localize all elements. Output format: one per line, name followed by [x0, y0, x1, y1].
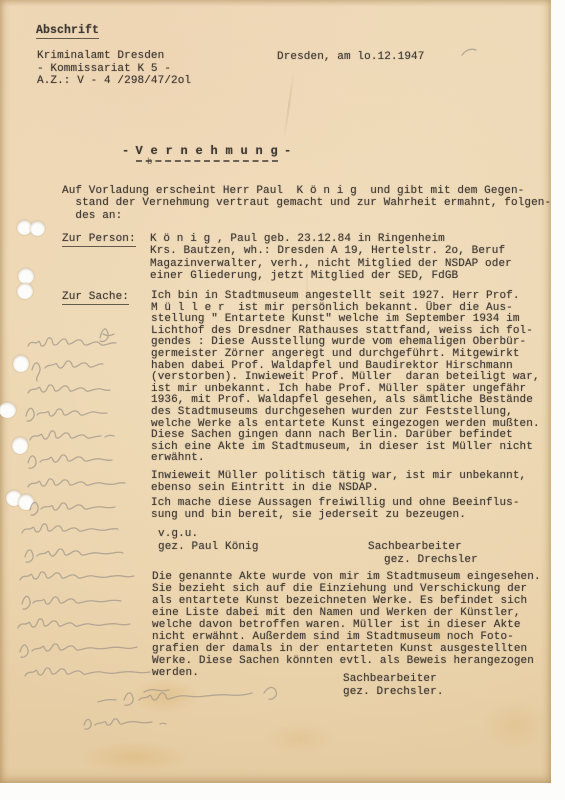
paper-stain — [250, 715, 350, 761]
punch-hole — [18, 494, 34, 510]
clerk-signature: gez. Drechsler. — [343, 686, 444, 699]
agency-block: Kriminalamt Dresden - Kommissariat K 5 -… — [37, 50, 191, 88]
dateline: Dresden, am lo.12.1947 — [277, 51, 424, 63]
zur-person-body: K ö n i g , Paul geb. 23.12.84 in Ringen… — [150, 233, 512, 283]
paper-sheet: Abschrift Kriminalamt Dresden - Kommissa… — [0, 0, 551, 783]
punch-hole — [0, 402, 16, 418]
clerk-title: Sachbearbeiter — [368, 541, 478, 554]
title-text: V e r n e h m u n g — [136, 144, 279, 162]
paper-stain — [60, 735, 210, 779]
zur-person-label: Zur Person: — [62, 233, 136, 245]
clerk-block-2: Sachbearbeiter gez. Drechsler. — [343, 673, 444, 698]
punch-hole — [13, 355, 29, 372]
title-dash-right: - — [284, 144, 292, 158]
zur-sache-label-text: Zur Sache: — [62, 291, 129, 305]
punch-hole — [12, 437, 28, 454]
copy-label-text: Abschrift — [36, 24, 99, 39]
paper-crease — [283, 70, 295, 140]
vgu-label: v.g.u. — [158, 528, 198, 540]
punch-hole — [30, 221, 45, 236]
paper-stain — [470, 690, 560, 760]
copy-label: Abschrift — [36, 24, 99, 37]
paper-stain — [120, 672, 210, 720]
zur-sache-paragraph-3: Ich mache diese Aussagen freiwillig und … — [151, 498, 520, 521]
punch-hole — [18, 268, 34, 284]
punch-hole — [17, 283, 33, 299]
zur-person-label-text: Zur Person: — [62, 233, 136, 247]
clerk-signature: gez. Drechsler — [384, 554, 478, 567]
addendum-paragraph: Die genannte Akte wurde von mir im Stadt… — [152, 571, 541, 679]
clerk-block-1: Sachbearbeiter gez. Drechsler — [368, 541, 478, 566]
clerk-title: Sachbearbeiter — [343, 673, 444, 686]
title-dash-left: - — [122, 144, 130, 158]
zur-sache-paragraph-1: Ich bin in Stadtmuseum angestellt seit 1… — [151, 291, 540, 465]
zur-sache-paragraph-2: Inwieweit Müller politisch tätig war, is… — [151, 471, 526, 494]
zur-sache-label: Zur Sache: — [62, 291, 129, 303]
witness-signature: gez. Paul König — [158, 541, 259, 553]
intro-paragraph: Auf Vorladung erscheint Herr Paul K ö n … — [62, 185, 551, 222]
document-scan: Abschrift Kriminalamt Dresden - Kommissa… — [0, 0, 565, 800]
title-typo-mark: b — [147, 157, 152, 167]
